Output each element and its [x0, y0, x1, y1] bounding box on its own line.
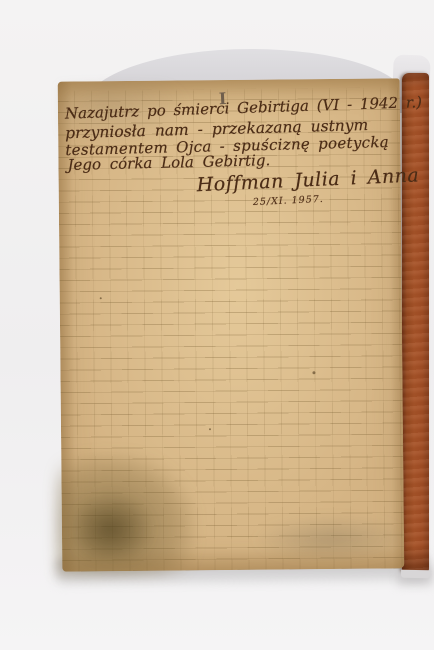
- ink-speck: [209, 428, 211, 430]
- notebook-page: I Nazajutrz po śmierci Gebirtiga (VI - 1…: [58, 78, 405, 571]
- photo-scene: I Nazajutrz po śmierci Gebirtiga (VI - 1…: [0, 0, 434, 650]
- binding-bottom-paper-edge: [401, 570, 430, 579]
- cover-binding: [402, 73, 429, 572]
- ink-speck: [100, 297, 102, 299]
- ink-speck: [312, 371, 315, 374]
